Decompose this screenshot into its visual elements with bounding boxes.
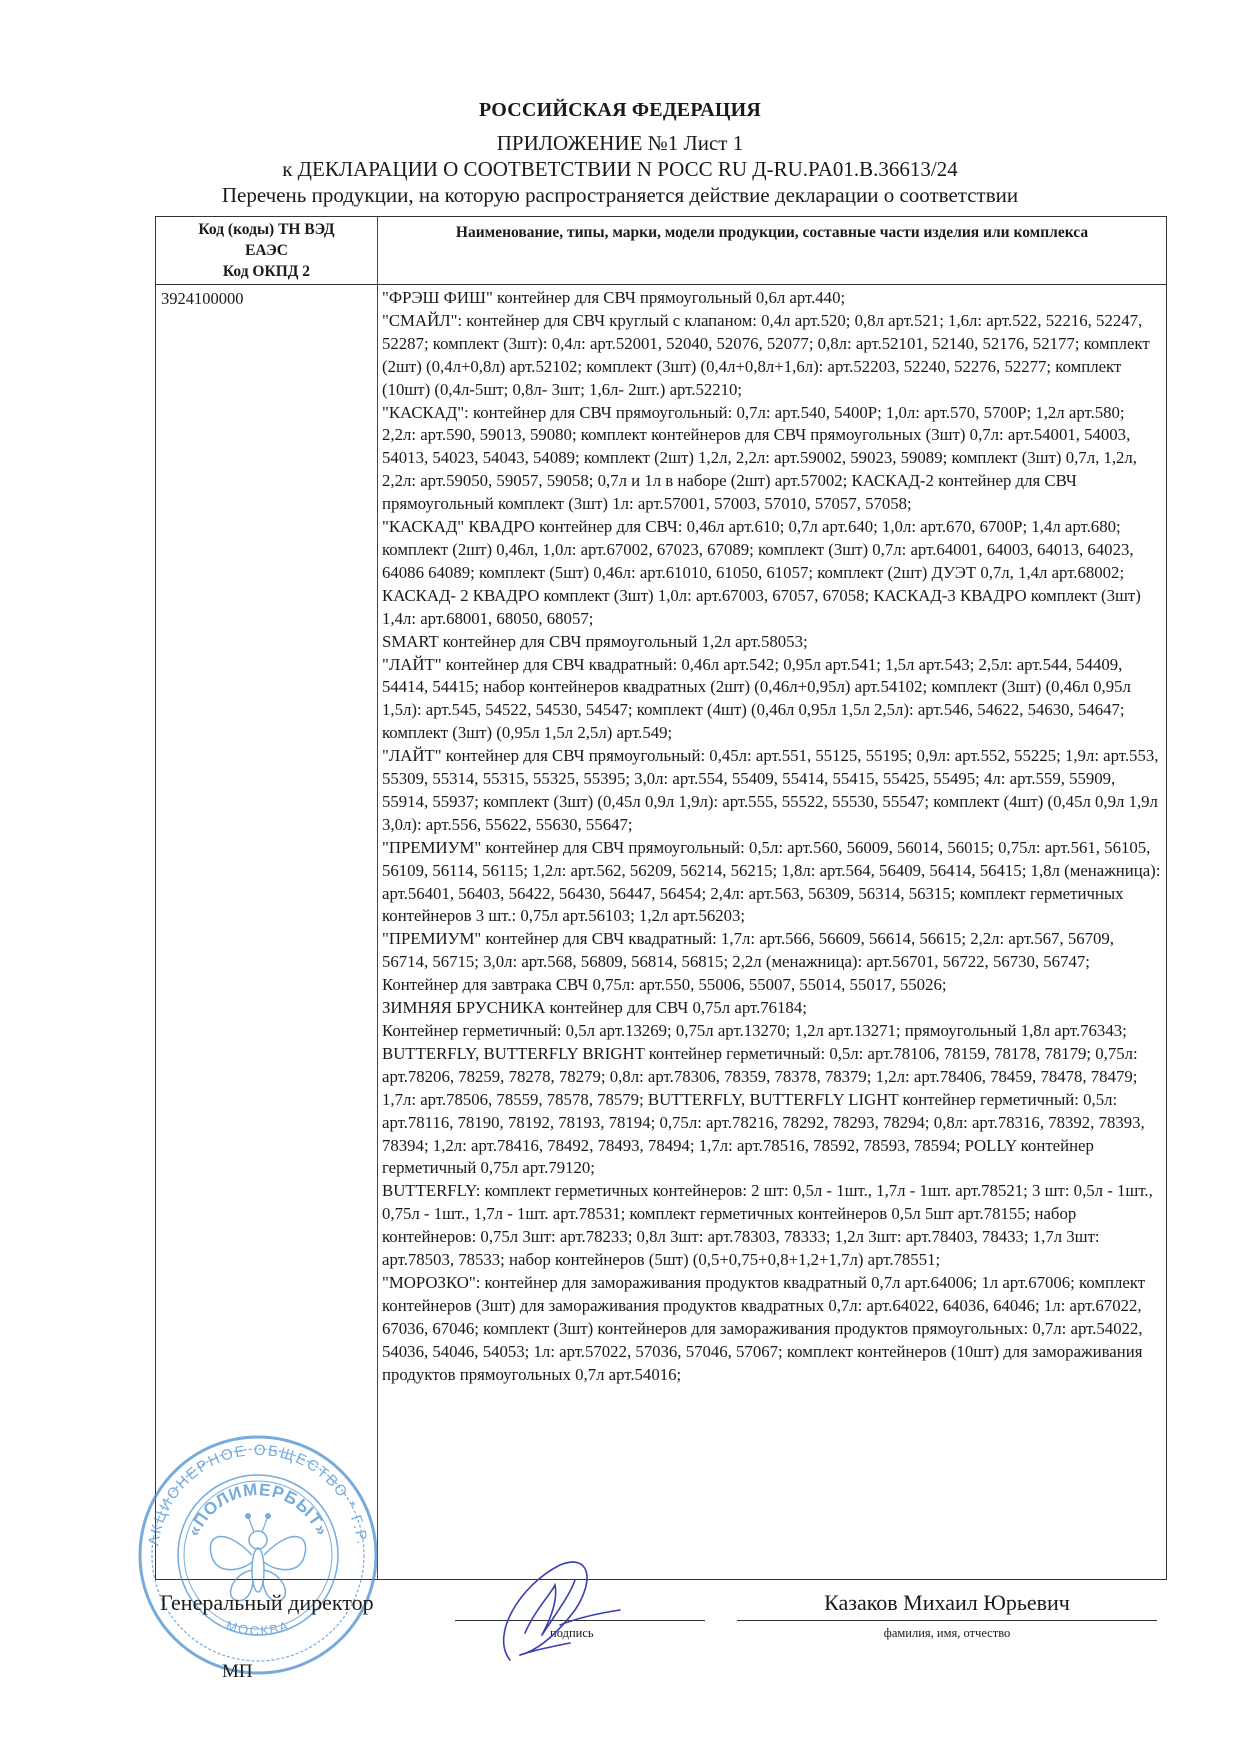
product-item: "ПРЕМИУМ" контейнер для СВЧ квадратный: …: [382, 928, 1162, 974]
product-item: SMART контейнер для СВЧ прямоугольный 1,…: [382, 631, 1162, 654]
product-item: BUTTERFLY: комплект герметичных контейне…: [382, 1180, 1162, 1272]
name-line: [737, 1620, 1157, 1621]
column-header-name: Наименование, типы, марки, модели продук…: [382, 223, 1162, 243]
product-item: "СМАЙЛ": контейнер для СВЧ круглый с кла…: [382, 310, 1162, 402]
column-header-code: Код (коды) ТН ВЭД ЕАЭС Код ОКПД 2: [156, 219, 377, 282]
hs-code-cell: 3924100000: [161, 288, 244, 310]
product-item: "КАСКАД" КВАДРО контейнер для СВЧ: 0,46л…: [382, 516, 1162, 631]
product-item: "МОРОЗКО": контейнер для замораживания п…: [382, 1272, 1162, 1387]
code-header-line: Код ОКПД 2: [156, 261, 377, 282]
header-divider: [156, 284, 1166, 285]
document-title: РОССИЙСКАЯ ФЕДЕРАЦИЯ: [0, 99, 1240, 122]
document-subtitle: Перечень продукции, на которую распростр…: [0, 183, 1240, 208]
product-item: Контейнер герметичный: 0,5л арт.13269; 0…: [382, 1020, 1162, 1043]
code-header-line: Код (коды) ТН ВЭД: [156, 219, 377, 240]
signature-line: [455, 1620, 705, 1621]
product-item: BUTTERFLY, BUTTERFLY BRIGHT контейнер ге…: [382, 1043, 1162, 1180]
name-caption: фамилия, имя, отчество: [737, 1626, 1157, 1641]
seal-place-label: МП: [222, 1661, 253, 1683]
product-list-cell: "ФРЭШ ФИШ" контейнер для СВЧ прямоугольн…: [382, 287, 1162, 1387]
declaration-number: к ДЕКЛАРАЦИИ О СООТВЕТСТВИИ N РОСС RU Д-…: [0, 157, 1240, 182]
signatory-name: Казаков Михаил Юрьевич: [737, 1590, 1157, 1616]
product-item: "ПРЕМИУМ" контейнер для СВЧ прямоугольны…: [382, 837, 1162, 929]
svg-text:МОСКВА: МОСКВА: [224, 1618, 291, 1639]
product-item: "ФРЭШ ФИШ" контейнер для СВЧ прямоугольн…: [382, 287, 1162, 310]
signatory-role: Генеральный директор: [160, 1590, 374, 1616]
product-item: "ЛАЙТ" контейнер для СВЧ прямоугольный: …: [382, 745, 1162, 837]
products-table: Код (коды) ТН ВЭД ЕАЭС Код ОКПД 2 Наимен…: [155, 216, 1167, 1580]
signature-caption: подпись: [550, 1626, 594, 1641]
product-item: "КАСКАД": контейнер для СВЧ прямоугольны…: [382, 402, 1162, 517]
product-item: ЗИМНЯЯ БРУСНИКА контейнер для СВЧ 0,75л …: [382, 997, 1162, 1020]
product-item: "ЛАЙТ" контейнер для СВЧ квадратный: 0,4…: [382, 654, 1162, 746]
column-divider: [377, 217, 378, 1579]
appendix-label: ПРИЛОЖЕНИЕ №1 Лист 1: [0, 131, 1240, 156]
product-item: Контейнер для завтрака СВЧ 0,75л: арт.55…: [382, 974, 1162, 997]
code-header-line: ЕАЭС: [156, 240, 377, 261]
